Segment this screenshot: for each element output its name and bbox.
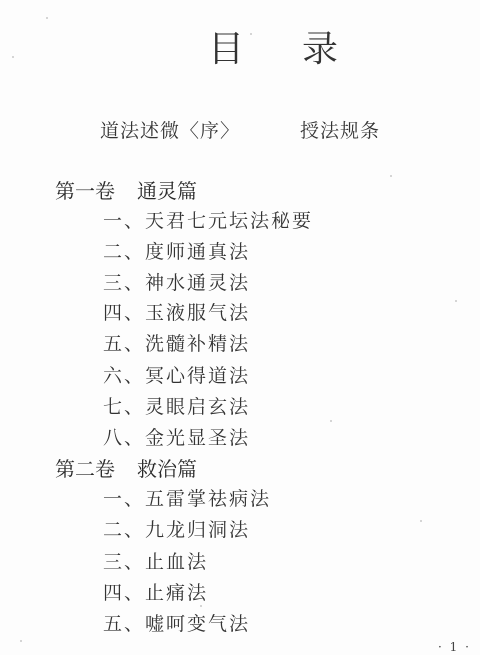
- toc-item: 三、神水通灵法: [103, 270, 250, 296]
- volume-name: 通灵篇: [137, 179, 197, 203]
- toc-item: 二、九龙归洞法: [103, 517, 250, 543]
- preface-entry: 道法述微〈序〉: [100, 118, 240, 144]
- toc-item: 三、止血法: [103, 549, 208, 575]
- scan-speck: [250, 33, 252, 35]
- rules-entry: 授法规条: [300, 118, 380, 144]
- document-page: 目 录 道法述微〈序〉 授法规条 第一卷通灵篇 一、天君七元坛法秘要 二、度师通…: [0, 0, 480, 655]
- toc-item: 一、五雷掌祛病法: [103, 486, 271, 512]
- scan-speck: [46, 17, 48, 19]
- toc-item: 四、玉液服气法: [103, 300, 250, 326]
- scan-speck: [20, 640, 22, 642]
- toc-item: 七、灵眼启玄法: [103, 394, 250, 420]
- volume-heading-1: 第一卷通灵篇: [55, 178, 197, 204]
- volume-name: 救治篇: [137, 457, 197, 481]
- page-title-char-1: 目: [208, 28, 244, 72]
- toc-item: 六、冥心得道法: [103, 363, 250, 389]
- toc-item: 一、天君七元坛法秘要: [103, 208, 313, 234]
- volume-label: 第二卷: [55, 457, 115, 481]
- scan-speck: [12, 56, 14, 58]
- page-number: · 1 ·: [438, 640, 471, 654]
- toc-item: 五、洗髓补精法: [103, 331, 250, 357]
- toc-item: 八、金光显圣法: [103, 425, 250, 451]
- toc-item: 二、度师通真法: [103, 239, 250, 265]
- page-title-char-2: 录: [302, 28, 338, 72]
- scan-speck: [390, 175, 392, 177]
- toc-item: 五、嘘呵变气法: [103, 611, 250, 637]
- volume-heading-2: 第二卷救治篇: [55, 456, 197, 482]
- scan-speck: [455, 300, 457, 302]
- toc-item: 四、止痛法: [103, 580, 208, 606]
- scan-speck: [420, 520, 422, 522]
- scan-speck: [330, 420, 332, 422]
- volume-label: 第一卷: [55, 179, 115, 203]
